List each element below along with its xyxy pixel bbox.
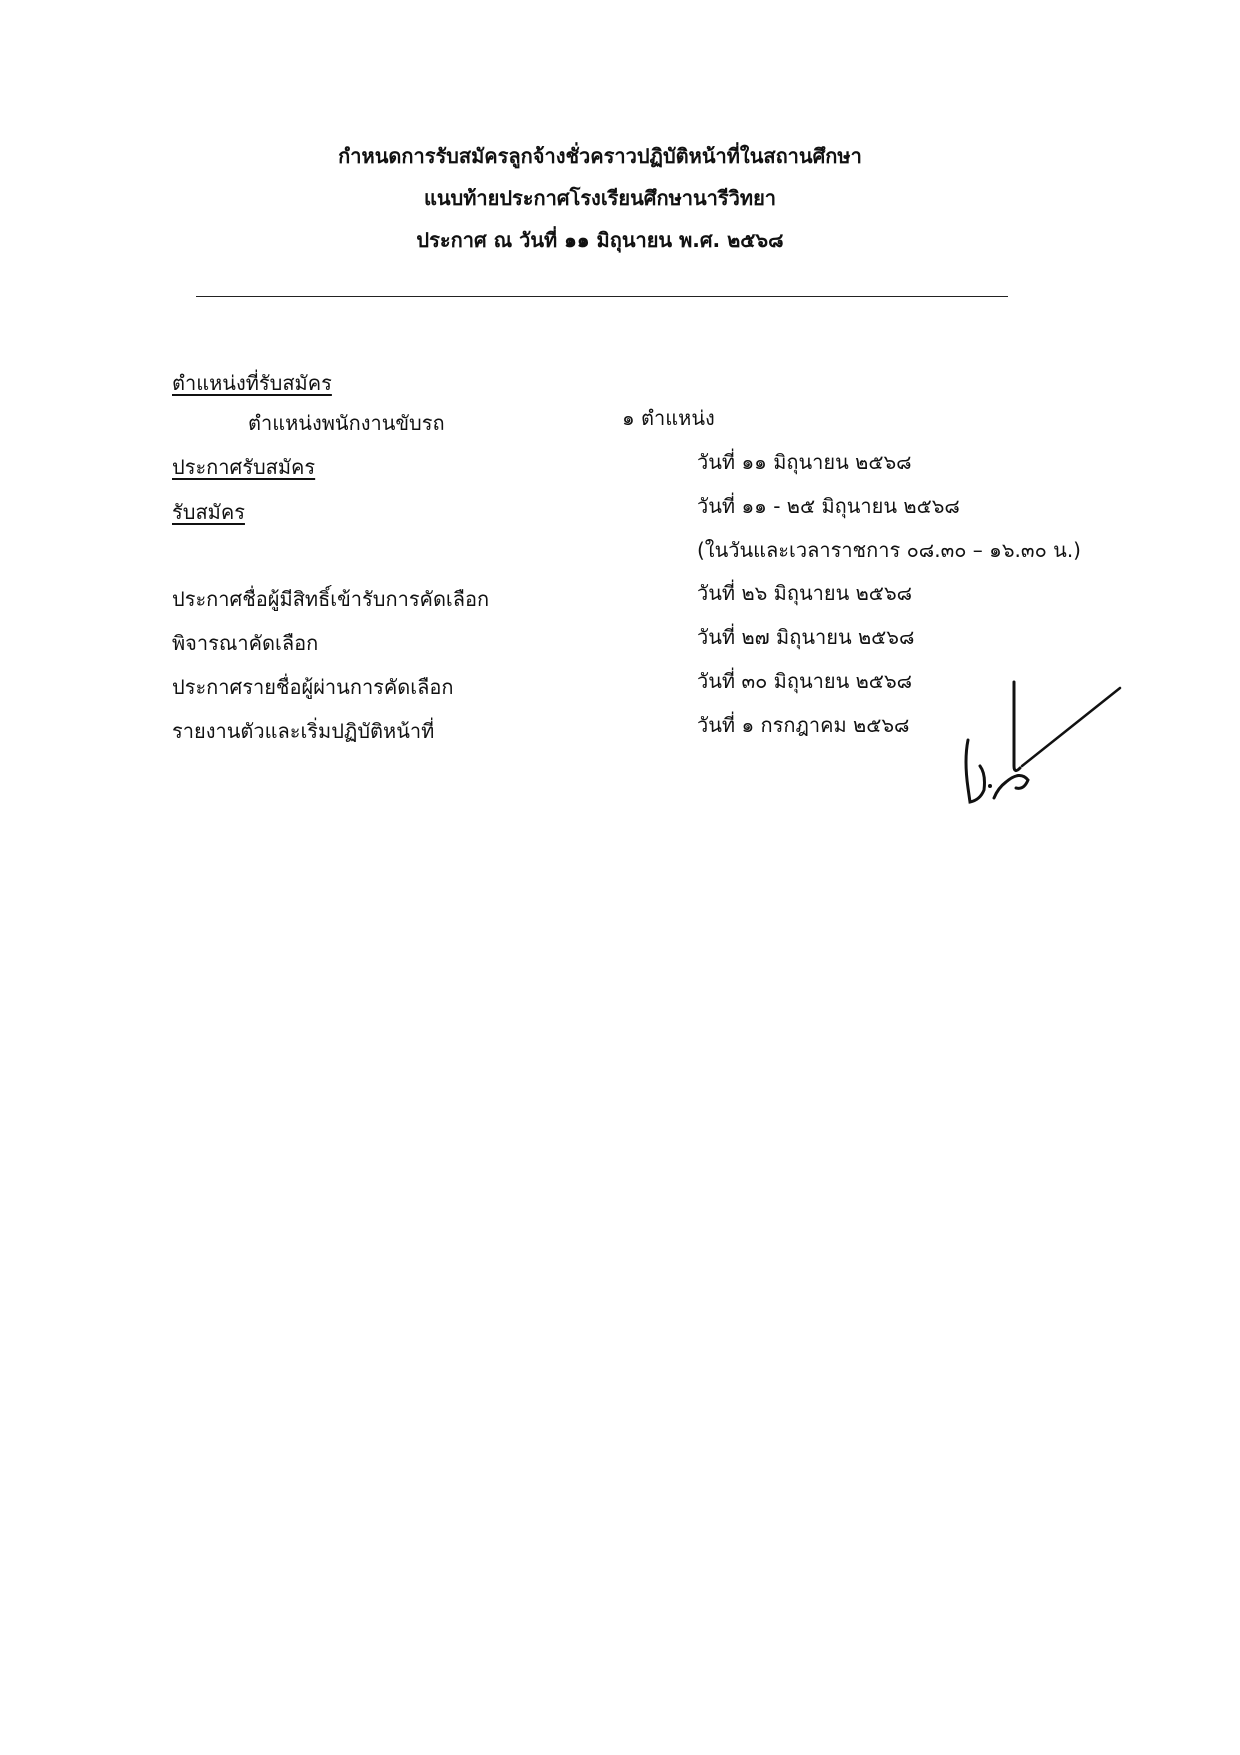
schedule-label-result: ประกาศรายชื่อผู้ผ่านการคัดเลือก <box>172 672 454 702</box>
schedule-date-result: วันที่ ๓๐ มิถุนายน ๒๕๖๘ <box>697 666 912 696</box>
title-line-1: กำหนดการรับสมัครลูกจ้างชั่วคราวปฏิบัติหน… <box>0 135 1200 177</box>
schedule-label-eligible: ประกาศชื่อผู้มีสิทธิ์เข้ารับการคัดเลือก <box>172 584 489 614</box>
position-name: ตำแหน่งพนักงานขับรถ <box>248 408 445 438</box>
schedule-date-announce: วันที่ ๑๑ มิถุนายน ๒๕๖๘ <box>697 447 912 477</box>
schedule-date-eligible: วันที่ ๒๖ มิถุนายน ๒๕๖๘ <box>697 578 912 608</box>
schedule-label-apply: รับสมัคร <box>172 497 245 527</box>
title-divider <box>196 296 1008 297</box>
schedule-label-report: รายงานตัวและเริ่มปฏิบัติหน้าที่ <box>172 716 434 746</box>
schedule-note-apply: (ในวันและเวลาราชการ ๐๘.๓๐ – ๑๖.๓๐ น.) <box>697 535 1081 565</box>
schedule-date-apply: วันที่ ๑๑ - ๒๕ มิถุนายน ๒๕๖๘ <box>697 491 960 521</box>
schedule-date-report: วันที่ ๑ กรกฎาคม ๒๕๖๘ <box>697 710 909 740</box>
schedule-date-selection: วันที่ ๒๗ มิถุนายน ๒๕๖๘ <box>697 622 914 652</box>
document-title: กำหนดการรับสมัครลูกจ้างชั่วคราวปฏิบัติหน… <box>0 135 1200 261</box>
title-line-3: ประกาศ ณ วันที่ ๑๑ มิถุนายน พ.ศ. ๒๕๖๘ <box>0 219 1200 261</box>
schedule-label-selection: พิจารณาคัดเลือก <box>172 628 318 658</box>
title-line-2: แนบท้ายประกาศโรงเรียนศึกษานารีวิทยา <box>0 177 1200 219</box>
schedule-label-announce: ประกาศรับสมัคร <box>172 452 315 482</box>
position-heading: ตำแหน่งที่รับสมัคร <box>172 368 332 398</box>
signature-icon <box>950 670 1130 820</box>
position-count: ๑ ตำแหน่ง <box>622 403 715 433</box>
